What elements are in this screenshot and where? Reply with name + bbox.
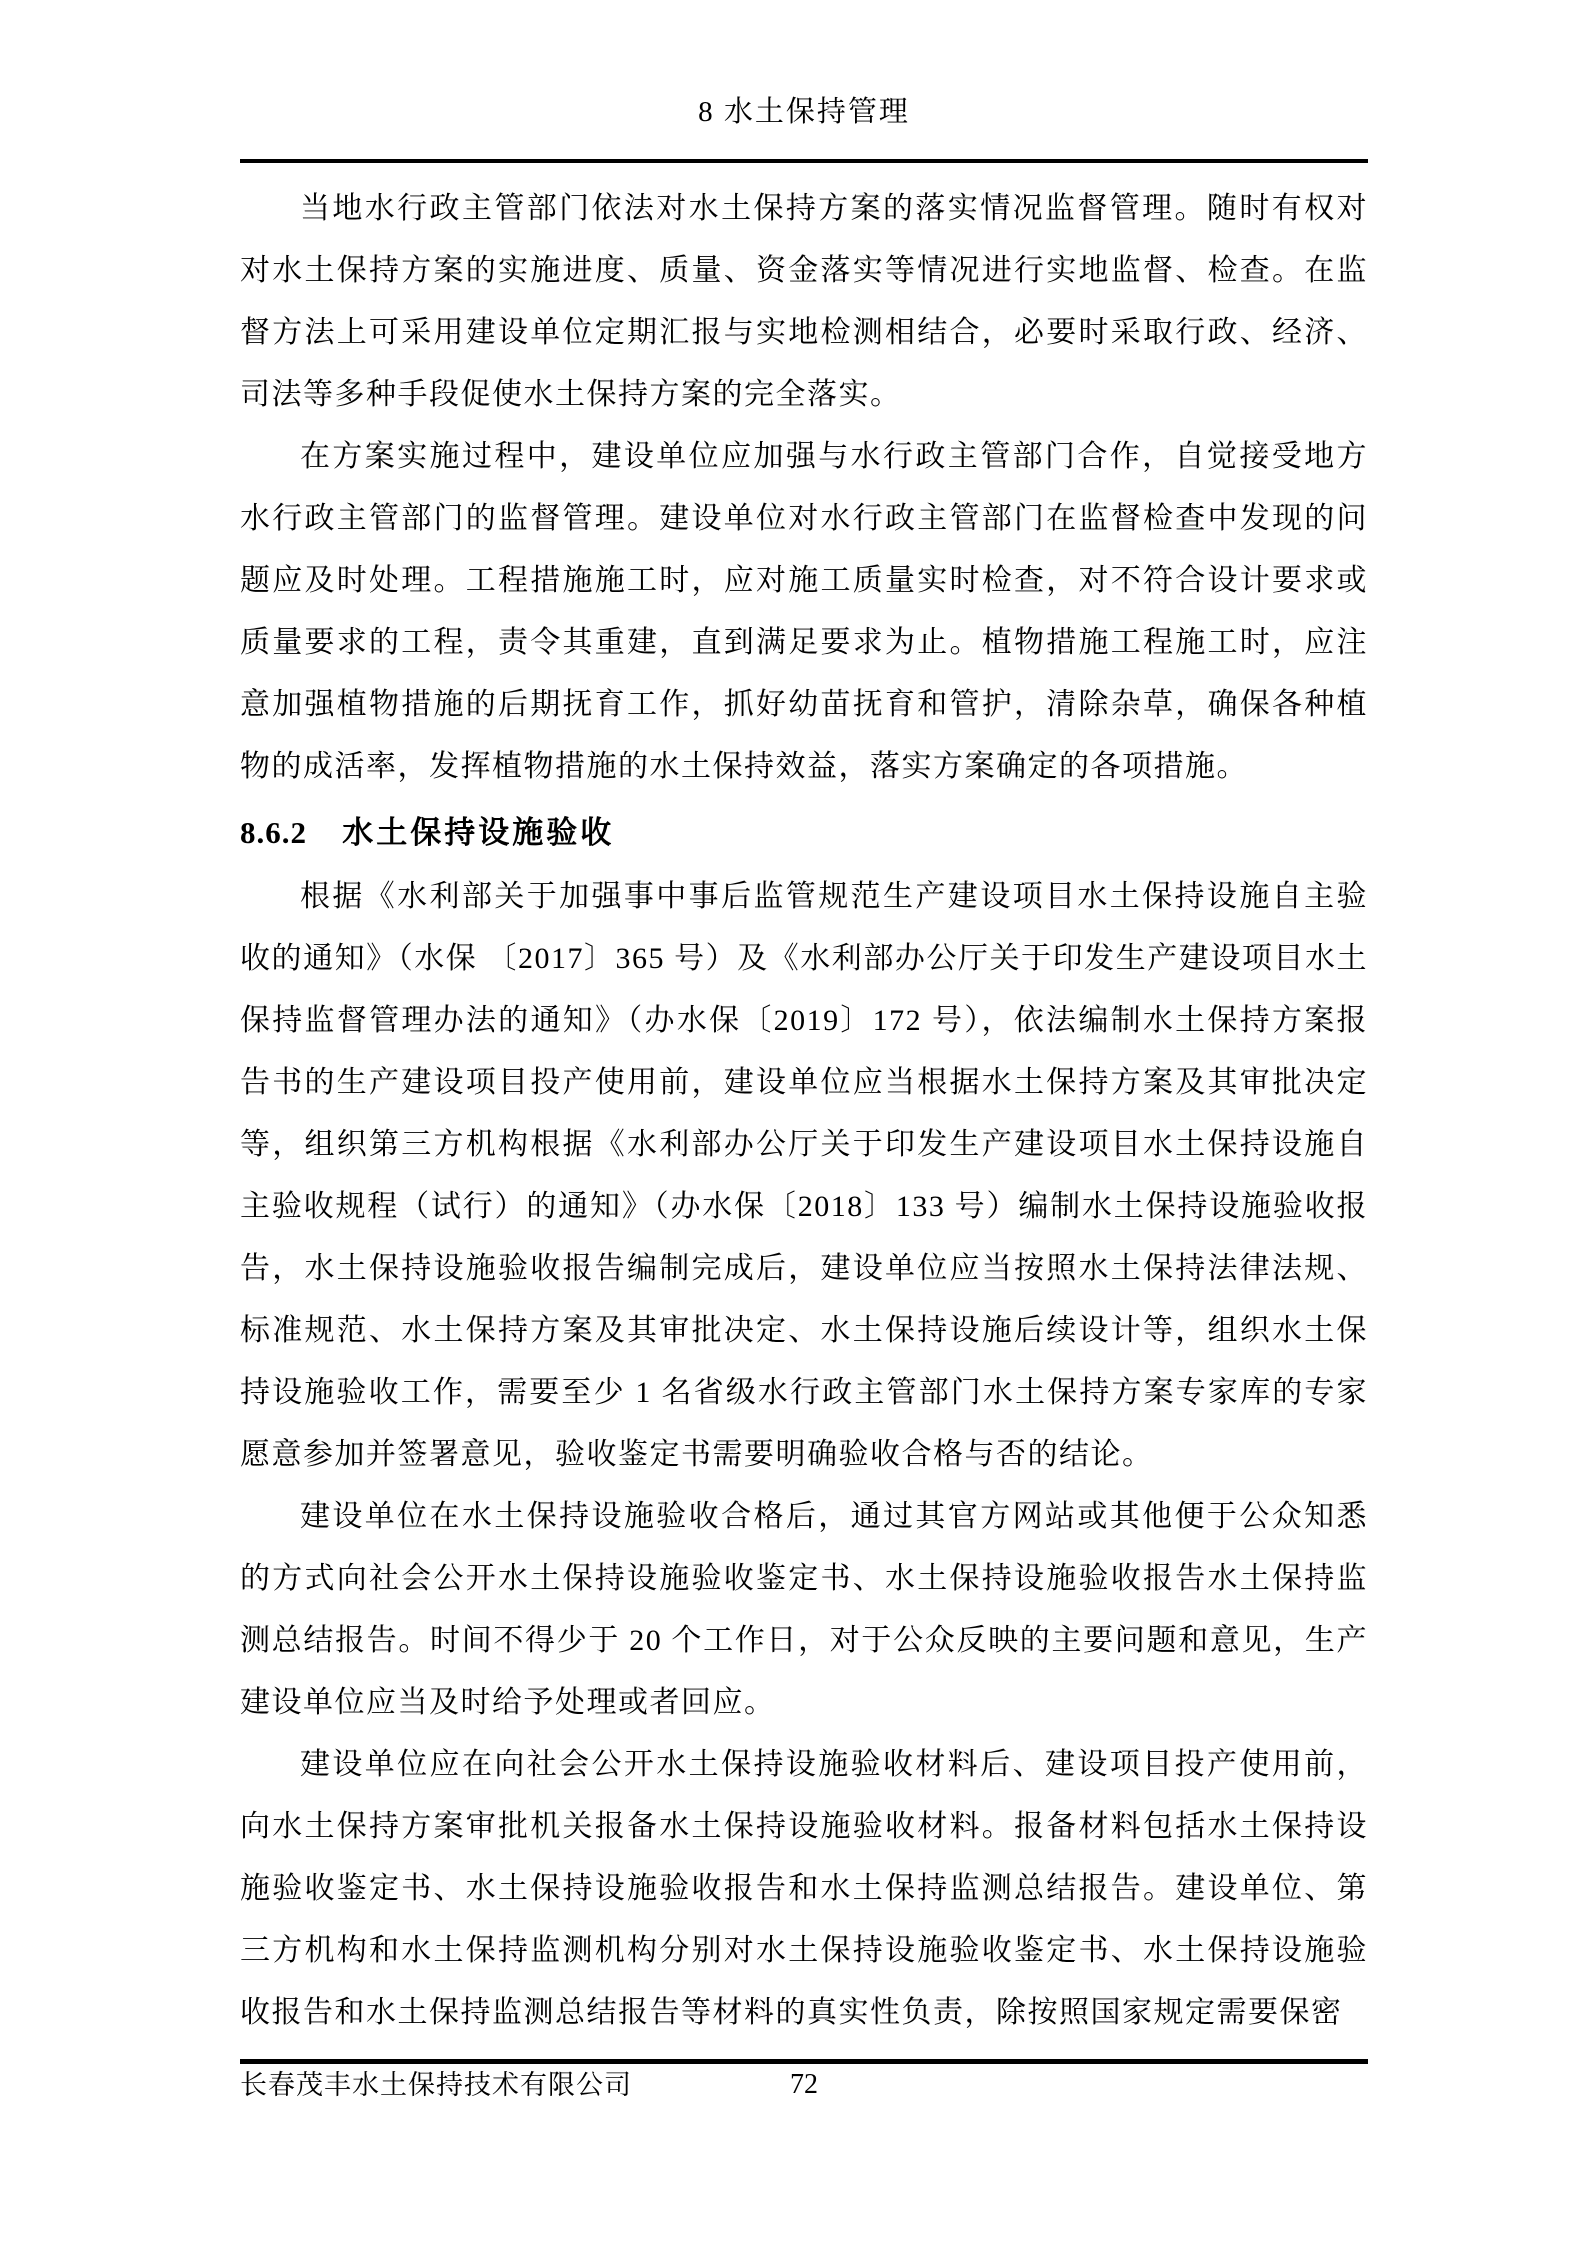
paragraph: 根据《水利部关于加强事中事后监管规范生产建设项目水土保持设施自主验收的通知》（水… (240, 866, 1368, 1486)
header-divider-rule (240, 159, 1368, 163)
section-heading-8-6-2: 8.6.2 水土保持设施验收 (240, 802, 1368, 864)
page-header-chapter-title: 8 水土保持管理 (240, 92, 1368, 132)
document-page: 8 水土保持管理 当地水行政主管部门依法对水土保持方案的落实情况监督管理。随时有… (0, 0, 1587, 2245)
footer-divider-rule (240, 2059, 1368, 2064)
page-footer: 长春茂丰水土保持技术有限公司 72 (240, 2068, 1368, 2108)
document-body: 当地水行政主管部门依法对水土保持方案的落实情况监督管理。随时有权对对水土保持方案… (240, 178, 1368, 2044)
paragraph: 在方案实施过程中，建设单位应加强与水行政主管部门合作，自觉接受地方水行政主管部门… (240, 426, 1368, 798)
paragraph: 建设单位应在向社会公开水土保持设施验收材料后、建设项目投产使用前，向水土保持方案… (240, 1734, 1368, 2044)
footer-page-number: 72 (240, 2068, 1368, 2102)
section-heading-number: 8.6.2 (240, 815, 307, 850)
paragraph: 当地水行政主管部门依法对水土保持方案的落实情况监督管理。随时有权对对水土保持方案… (240, 178, 1368, 426)
section-heading-title: 水土保持设施验收 (342, 815, 614, 850)
paragraph: 建设单位在水土保持设施验收合格后，通过其官方网站或其他便于公众知悉的方式向社会公… (240, 1486, 1368, 1734)
